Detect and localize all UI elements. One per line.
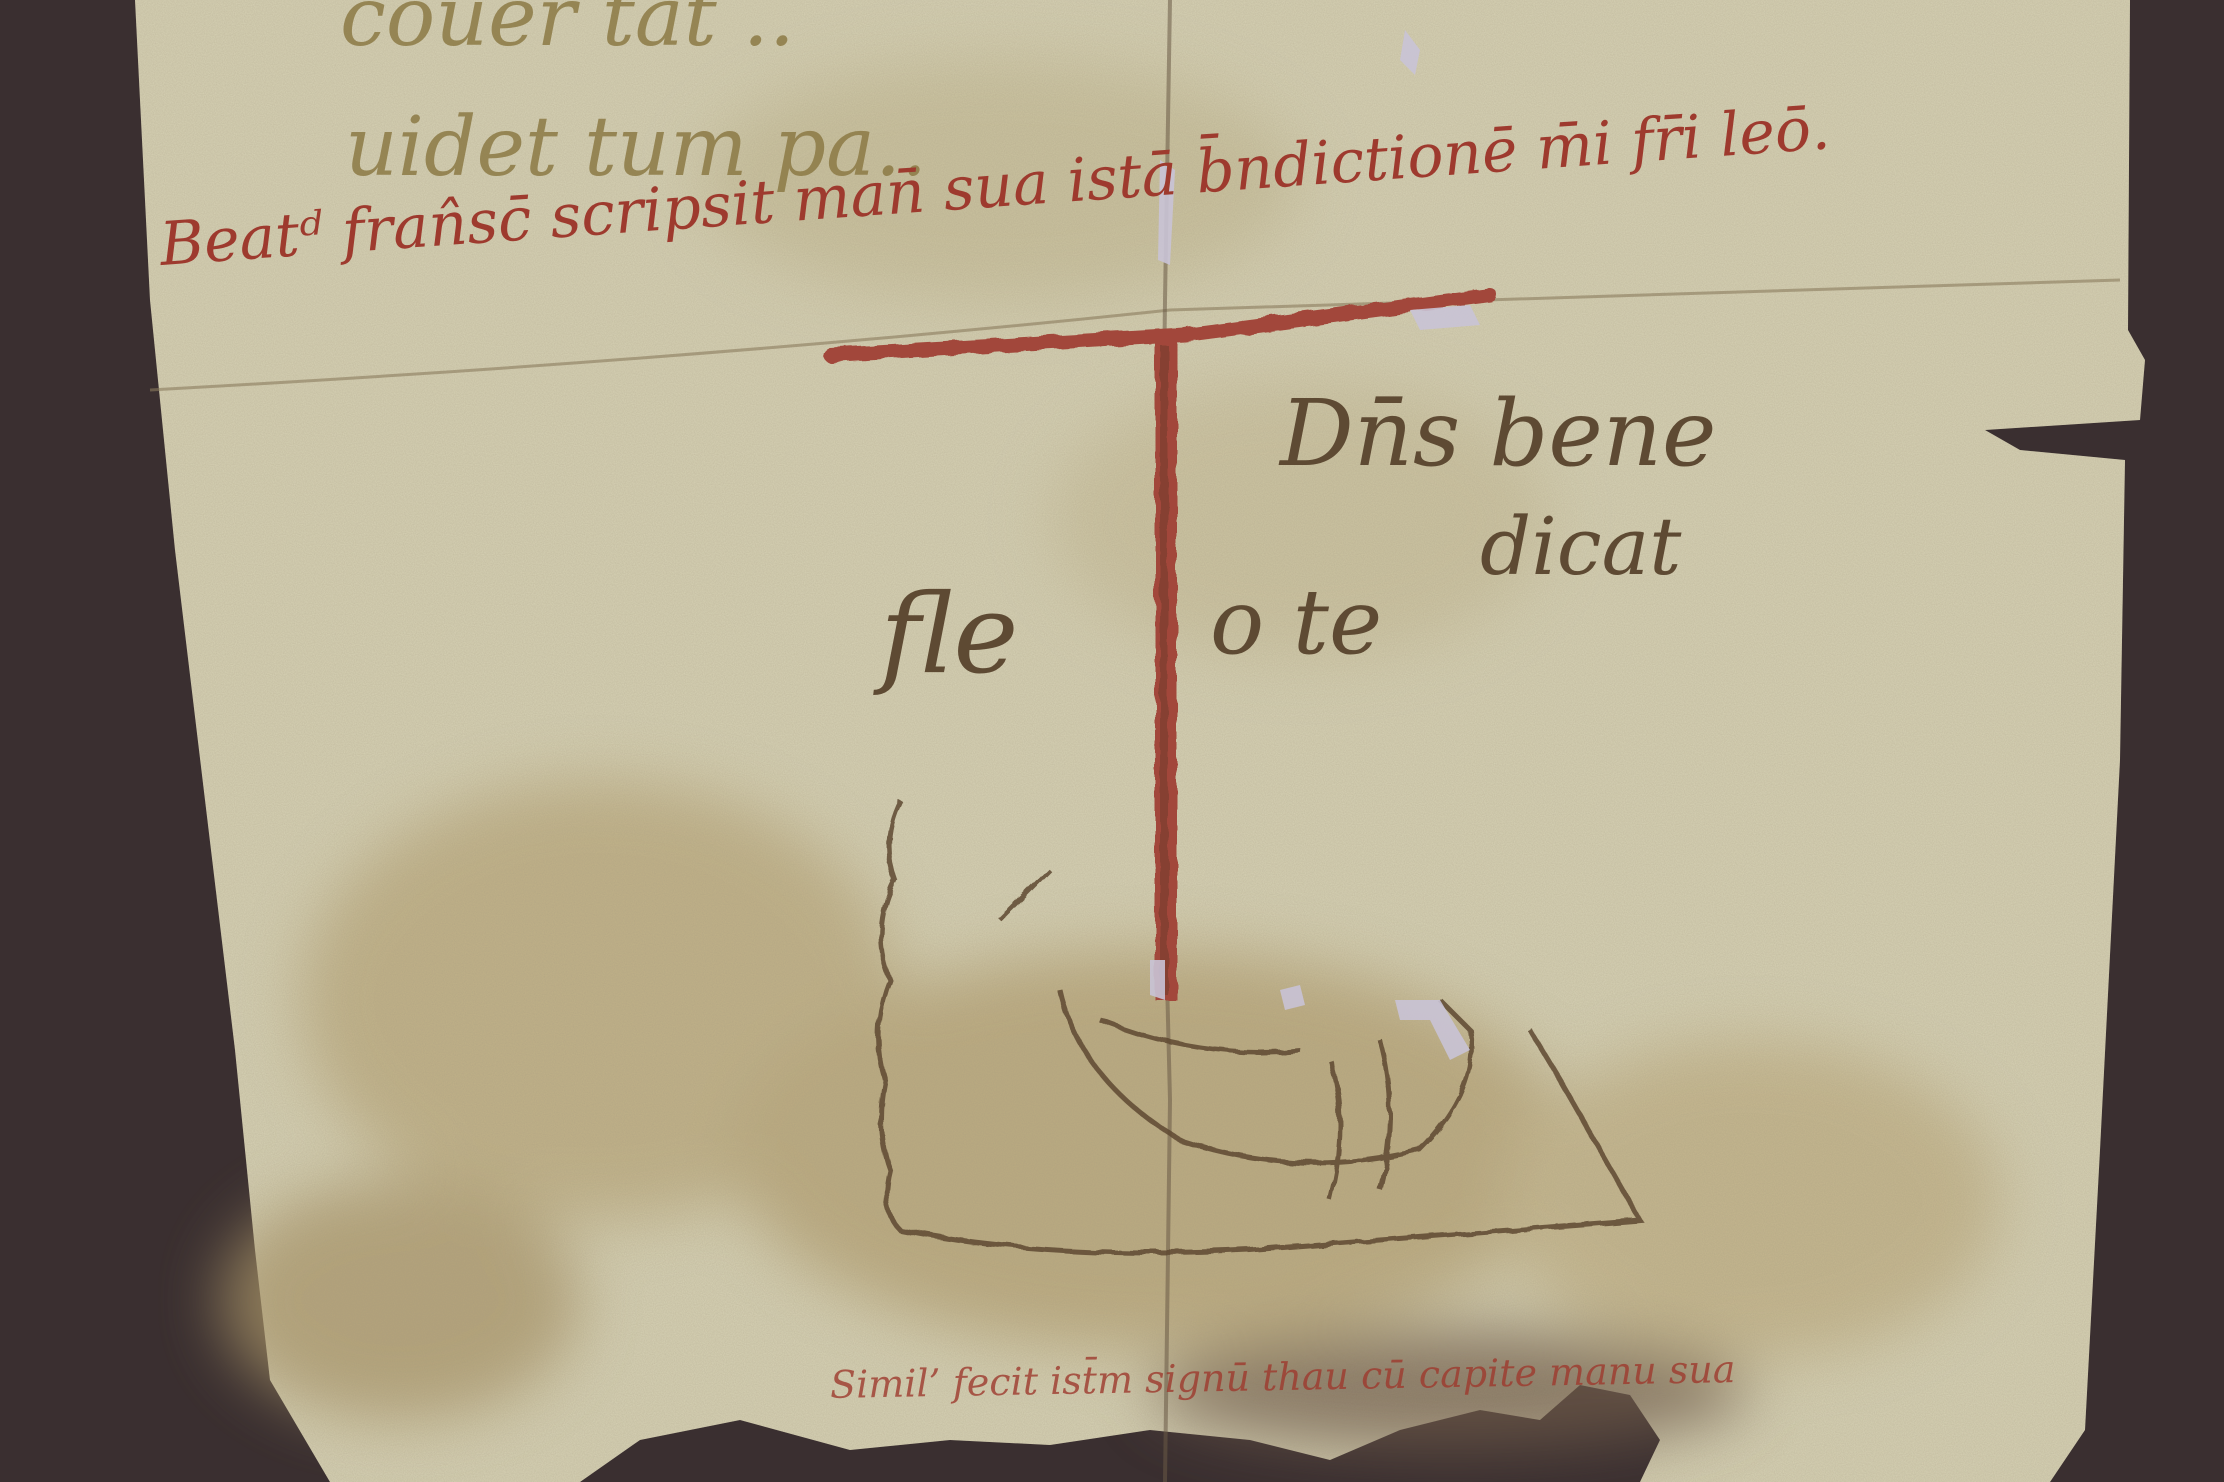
faded-text-line1: couer tat .. (340, 0, 795, 65)
blessing-line-2: dicat (1480, 500, 1681, 593)
blessing-line-1: Dn̄s bene (1280, 380, 1717, 487)
blessing-line-4: o te (1210, 570, 1382, 675)
manuscript-photo: couer tat .. uidet tum pa.. Beatᵈ fran̂s… (0, 0, 2224, 1482)
blessing-line-3: fle (880, 570, 1018, 698)
